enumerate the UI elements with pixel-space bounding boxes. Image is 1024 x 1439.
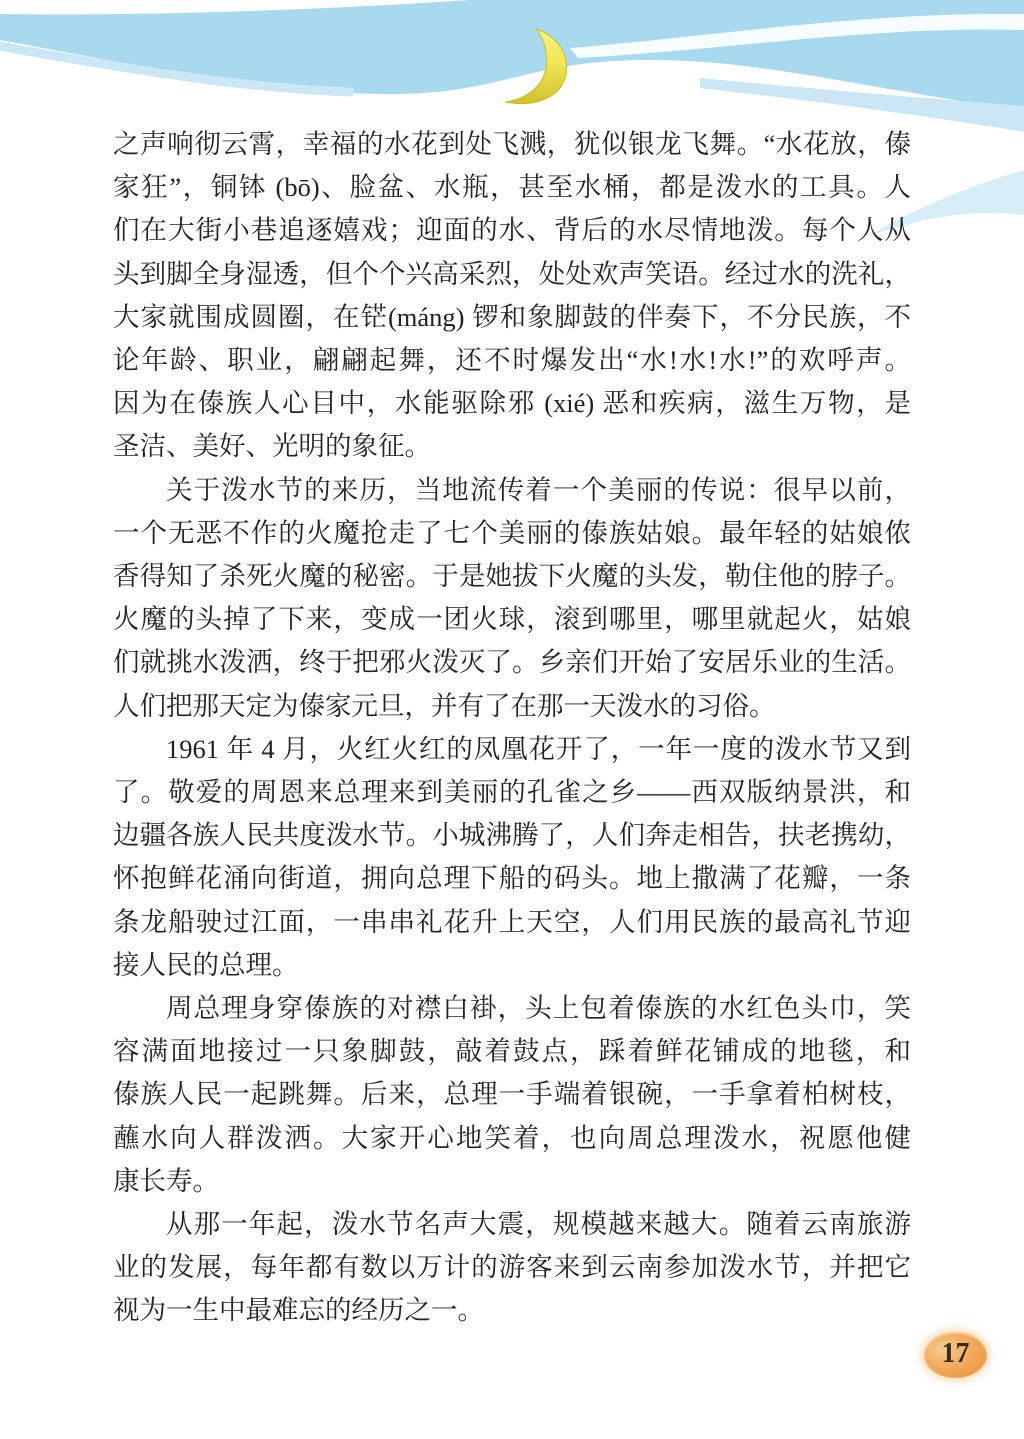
text-line: 们就挑水泼洒，终于把邪火泼灭了。乡亲们开始了安居乐业的生活。 (113, 641, 911, 684)
textbook-page: 之声响彻云霄，幸福的水花到处飞溅，犹似银龙飞舞。“水花放，傣 家狂”，铜钵 (b… (0, 0, 1024, 1439)
lesson-body-text: 之声响彻云霄，幸福的水花到处飞溅，犹似银龙飞舞。“水花放，傣 家狂”，铜钵 (b… (113, 123, 911, 1333)
wave-main-shape (0, 0, 1024, 110)
text-line: 视为一生中最难忘的经历之一。 (113, 1289, 911, 1332)
text-line: 之声响彻云霄，幸福的水花到处飞溅，犹似银龙飞舞。“水花放，傣 (113, 123, 911, 166)
text-line: 人们把那天定为傣家元旦，并有了在那一天泼水的习俗。 (113, 685, 911, 728)
wave-light-streak-left (0, 46, 350, 92)
text-line: 条龙船驶过江面，一串串礼花升上天空，人们用民族的最高礼节迎 (113, 901, 911, 944)
page-number-badge: 17 (924, 1332, 987, 1378)
text-line: 了。敬爱的周恩来总理来到美丽的孔雀之乡——西双版纳景洪，和 (113, 771, 911, 814)
text-line: 周总理身穿傣族的对襟白褂，头上包着傣族的水红色头巾，笑 (113, 987, 911, 1030)
page-number: 17 (942, 1338, 970, 1370)
text-line: 傣族人民一起跳舞。后来，总理一手端着银碗，一手拿着柏树枝， (113, 1073, 911, 1116)
text-line: 容满面地接过一只象脚鼓，敲着鼓点，踩着鲜花铺成的地毯，和 (113, 1030, 911, 1073)
text-line: 1961 年 4 月，火红火红的凤凰花开了，一年一度的泼水节又到 (113, 728, 911, 771)
text-line: 大家就围成圆圈，在铓(máng) 锣和象脚鼓的伴奏下，不分民族，不 (113, 296, 911, 339)
text-line: 业的发展，每年都有数以万计的游客来到云南参加泼水节，并把它 (113, 1246, 911, 1289)
text-line: 们在大街小巷追逐嬉戏；迎面的水、背后的水尽情地泼。每个人从 (113, 209, 911, 252)
text-line: 因为在傣族人心目中，水能驱除邪 (xié) 恶和疾病，滋生万物，是 (113, 382, 911, 425)
text-line: 圣洁、美好、光明的象征。 (113, 425, 911, 468)
text-line: 接人民的总理。 (113, 944, 911, 987)
text-line: 康长寿。 (113, 1160, 911, 1203)
text-line: 头到脚全身湿透，但个个兴高采烈，处处欢声笑语。经过水的洗礼， (113, 253, 911, 296)
text-line: 香得知了杀死火魔的秘密。于是她拔下火魔的头发，勒住他的脖子。 (113, 555, 911, 598)
text-line: 家狂”，铜钵 (bō)、脸盆、水瓶，甚至水桶，都是泼水的工具。人 (113, 166, 911, 209)
text-line: 论年龄、职业，翩翩起舞，还不时爆发出“水!水!水!”的欢呼声。 (113, 339, 911, 382)
wave-white-streak (570, 14, 1024, 58)
text-line: 从那一年起，泼水节名声大震，规模越来越大。随着云南旅游 (113, 1203, 911, 1246)
text-line: 蘸水向人群泼洒。大家开心地笑着，也向周总理泼水，祝愿他健 (113, 1117, 911, 1160)
crescent-moon-icon (505, 29, 567, 104)
text-line: 怀抱鲜花涌向街道，拥向总理下船的码头。地上撒满了花瓣，一条 (113, 857, 911, 900)
text-line: 一个无恶不作的火魔抢走了七个美丽的傣族姑娘。最年轻的姑娘侬 (113, 512, 911, 555)
text-line: 火魔的头掉了下来，变成一团火球，滚到哪里，哪里就起火，姑娘 (113, 598, 911, 641)
text-line: 关于泼水节的来历，当地流传着一个美丽的传说：很早以前， (113, 469, 911, 512)
text-line: 边疆各族人民共度泼水节。小城沸腾了，人们奔走相告，扶老携幼， (113, 814, 911, 857)
